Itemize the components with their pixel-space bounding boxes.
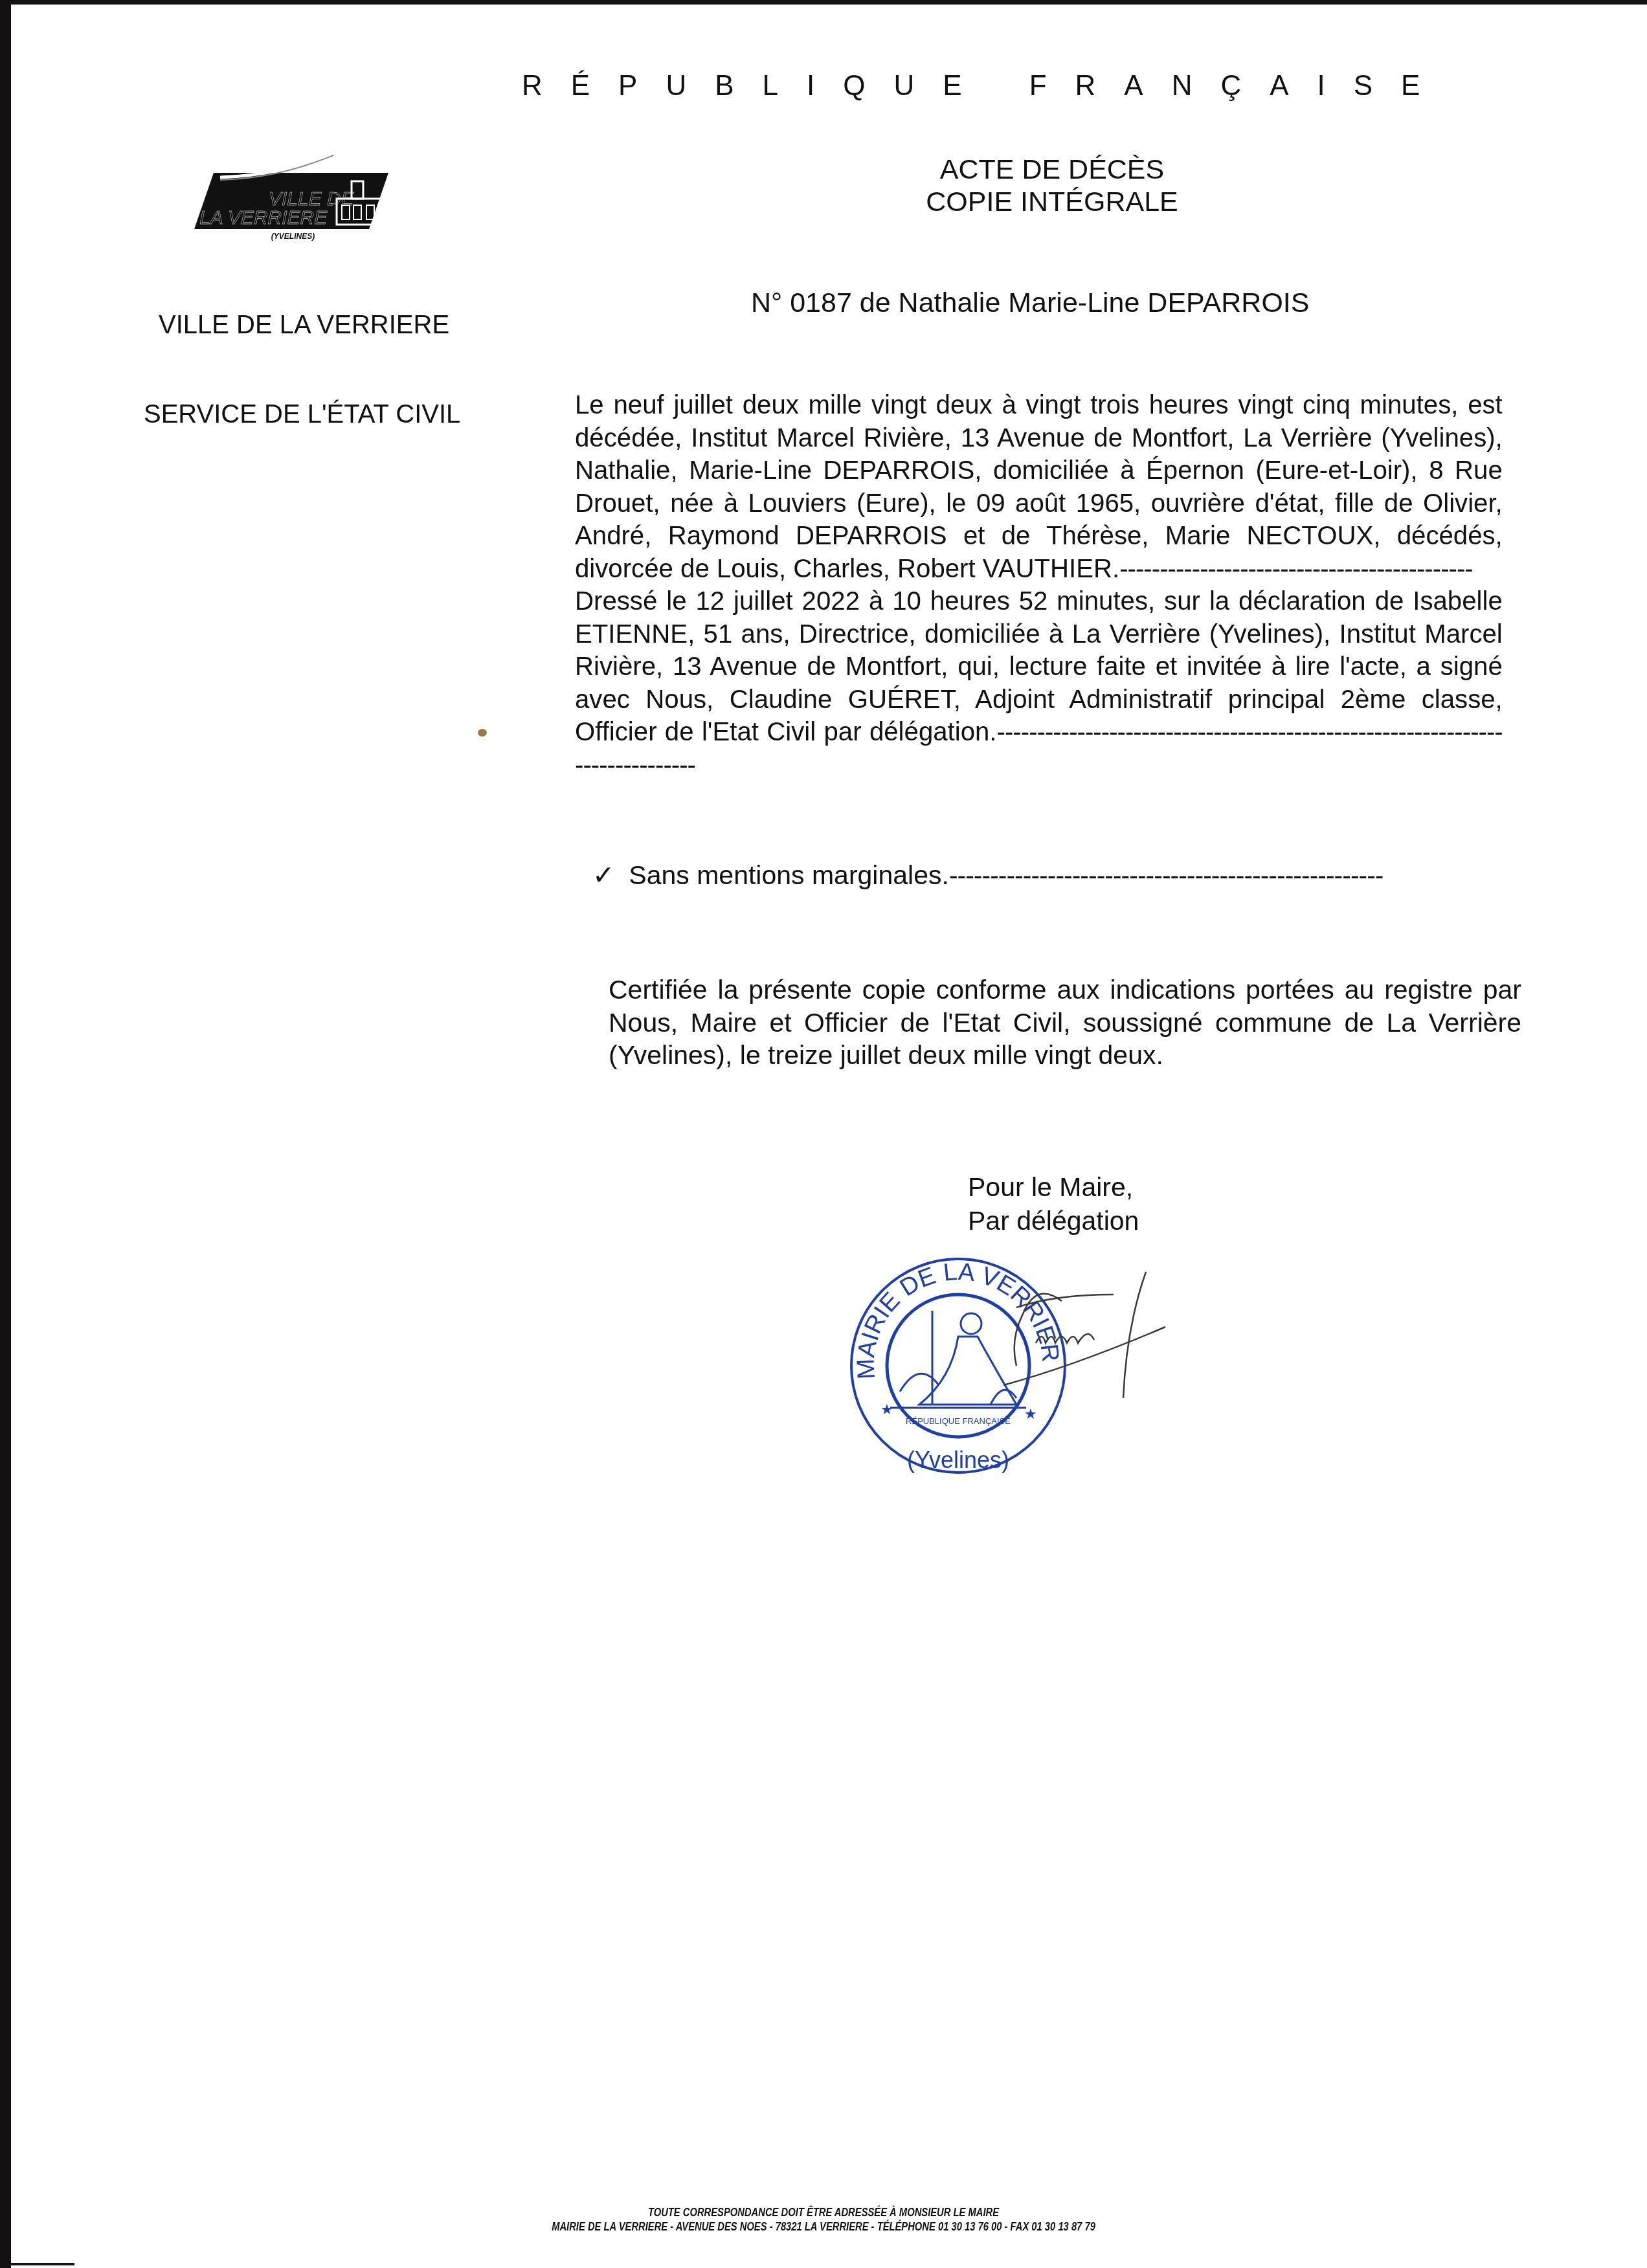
- document-subtitle: COPIE INTÉGRALE: [712, 186, 1392, 218]
- act-body: Le neuf juillet deux mille vingt deux à …: [575, 388, 1503, 781]
- francaise-word: FRANÇAISE: [1029, 70, 1449, 102]
- scan-speck: [478, 729, 487, 737]
- scan-edge-bottom: [11, 2263, 74, 2265]
- scan-edge-left: [0, 0, 11, 2268]
- scan-edge-top: [0, 0, 1647, 5]
- signature-icon: [997, 1269, 1178, 1405]
- marginal-mentions: ✓Sans mentions marginales.--------------…: [592, 860, 1384, 891]
- republique-word: RÉPUBLIQUE: [522, 70, 991, 102]
- dash-filler: ----------------------------------------…: [1119, 553, 1473, 583]
- city-name: VILLE DE LA VERRIERE: [159, 311, 449, 340]
- svg-text:★: ★: [880, 1401, 893, 1417]
- footer-address: MAIRIE DE LA VERRIERE - AVENUE DES NOES …: [148, 2220, 1499, 2234]
- footer-notice: TOUTE CORRESPONDANCE DOIT ÊTRE ADRESSÉE …: [148, 2206, 1499, 2219]
- document-title: ACTE DE DÉCÈS: [712, 153, 1392, 186]
- republique-francaise-heading: RÉPUBLIQUEFRANÇAISE: [522, 70, 1448, 102]
- city-logo: VILLE DE LA VERRIERE (YVELINES): [194, 150, 392, 244]
- act-number: N° 0187 de Nathalie Marie-Line DEPARROIS: [751, 287, 1309, 319]
- signatory-block: Pour le Maire, Par délégation: [968, 1170, 1139, 1238]
- logo-subtitle: (YVELINES): [194, 232, 392, 241]
- signatory-line-2: Par délégation: [968, 1204, 1139, 1238]
- dash-filler: ----------------------------------------…: [949, 860, 1384, 890]
- svg-text:RÉPUBLIQUE FRANÇAISE: RÉPUBLIQUE FRANÇAISE: [906, 1416, 1011, 1426]
- town-hall-logo-icon: VILLE DE LA VERRIERE: [194, 150, 392, 234]
- svg-text:LA VERRIERE: LA VERRIERE: [199, 207, 328, 228]
- checkmark-icon: ✓: [592, 860, 614, 890]
- service-name: SERVICE DE L'ÉTAT CIVIL: [144, 400, 460, 429]
- certification-text: Certifiée la présente copie conforme aux…: [609, 973, 1521, 1072]
- svg-text:(Yvelines): (Yvelines): [907, 1447, 1009, 1473]
- mentions-text: Sans mentions marginales.: [629, 860, 949, 890]
- signatory-line-1: Pour le Maire,: [968, 1170, 1139, 1204]
